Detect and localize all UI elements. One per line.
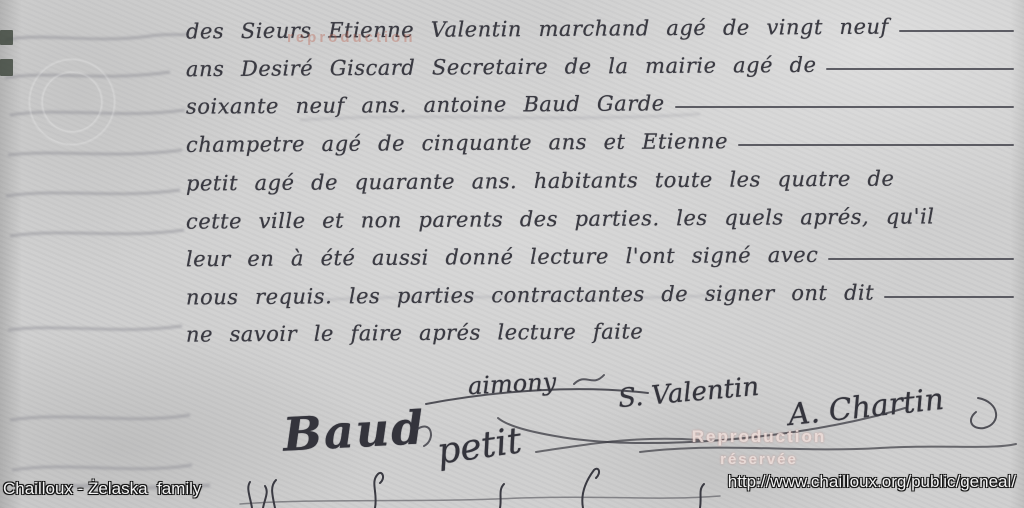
handwriting-line: champetre agé de cinquante ans et Etienn… bbox=[186, 122, 1016, 158]
filler-dash bbox=[826, 68, 1014, 70]
handwriting-text: leur en à été aussi donné lecture l'ont … bbox=[186, 240, 819, 274]
handwriting-line: leur en à été aussi donné lecture l'ont … bbox=[186, 236, 1016, 272]
handwriting-line: petit agé de quarante ans. habitants tou… bbox=[186, 160, 1016, 196]
signature-petit: petit bbox=[435, 420, 525, 472]
watermark-line2: réservée bbox=[664, 451, 854, 468]
handwriting-text: ans Desiré Giscard Secretaire de la mair… bbox=[186, 50, 817, 84]
filler-dash bbox=[884, 296, 1014, 298]
handwriting-text: champetre agé de cinquante ans et Etienn… bbox=[186, 126, 728, 160]
handwriting-text: petit agé de quarante ans. habitants tou… bbox=[186, 164, 895, 199]
embossed-seal-impression bbox=[22, 52, 122, 152]
handwriting-line: ans Desiré Giscard Secretaire de la mair… bbox=[186, 46, 1016, 82]
signature-aimony: aimony bbox=[467, 368, 557, 401]
handwriting-line: ne savoir le faire aprés lecture faite bbox=[186, 312, 1016, 348]
signature-chartin: A. Chartin bbox=[787, 382, 946, 433]
watermark-line1: Reproduction bbox=[664, 427, 854, 447]
watermark-reproduction-bottom: Reproduction réservée bbox=[664, 427, 854, 468]
filler-dash bbox=[899, 30, 1014, 32]
scan-artifact-mark bbox=[0, 59, 13, 76]
filler-dash bbox=[738, 144, 1014, 146]
scanned-record-page: des Sieurs Etienne Valentin marchand agé… bbox=[0, 0, 1024, 508]
handwriting-line: soixante neuf ans. antoine Baud Garde bbox=[186, 84, 1016, 120]
signature-valentin: S. Valentin bbox=[617, 372, 760, 414]
caption-source-url: http://www.chailloux.org/public/geneal/ bbox=[728, 472, 1016, 492]
caption-family-label: Chailloux - Żelaska family bbox=[3, 479, 201, 499]
scan-artifact-mark bbox=[0, 30, 13, 45]
filler-dash bbox=[828, 258, 1014, 260]
handwriting-text: ne savoir le faire aprés lecture faite bbox=[186, 316, 644, 349]
signature-baud: Baud bbox=[282, 400, 427, 461]
filler-dash bbox=[675, 106, 1014, 108]
handwriting-text: cette ville et non parents des parties. … bbox=[186, 201, 935, 236]
handwriting-line: nous requis. les parties contractantes d… bbox=[186, 274, 1016, 310]
handwriting-text: soixante neuf ans. antoine Baud Garde bbox=[186, 88, 665, 121]
handwriting-text: nous requis. les parties contractantes d… bbox=[186, 278, 874, 313]
handwriting-line: cette ville et non parents des parties. … bbox=[186, 198, 1016, 234]
watermark-reproduction-top: reproduction bbox=[287, 29, 416, 46]
